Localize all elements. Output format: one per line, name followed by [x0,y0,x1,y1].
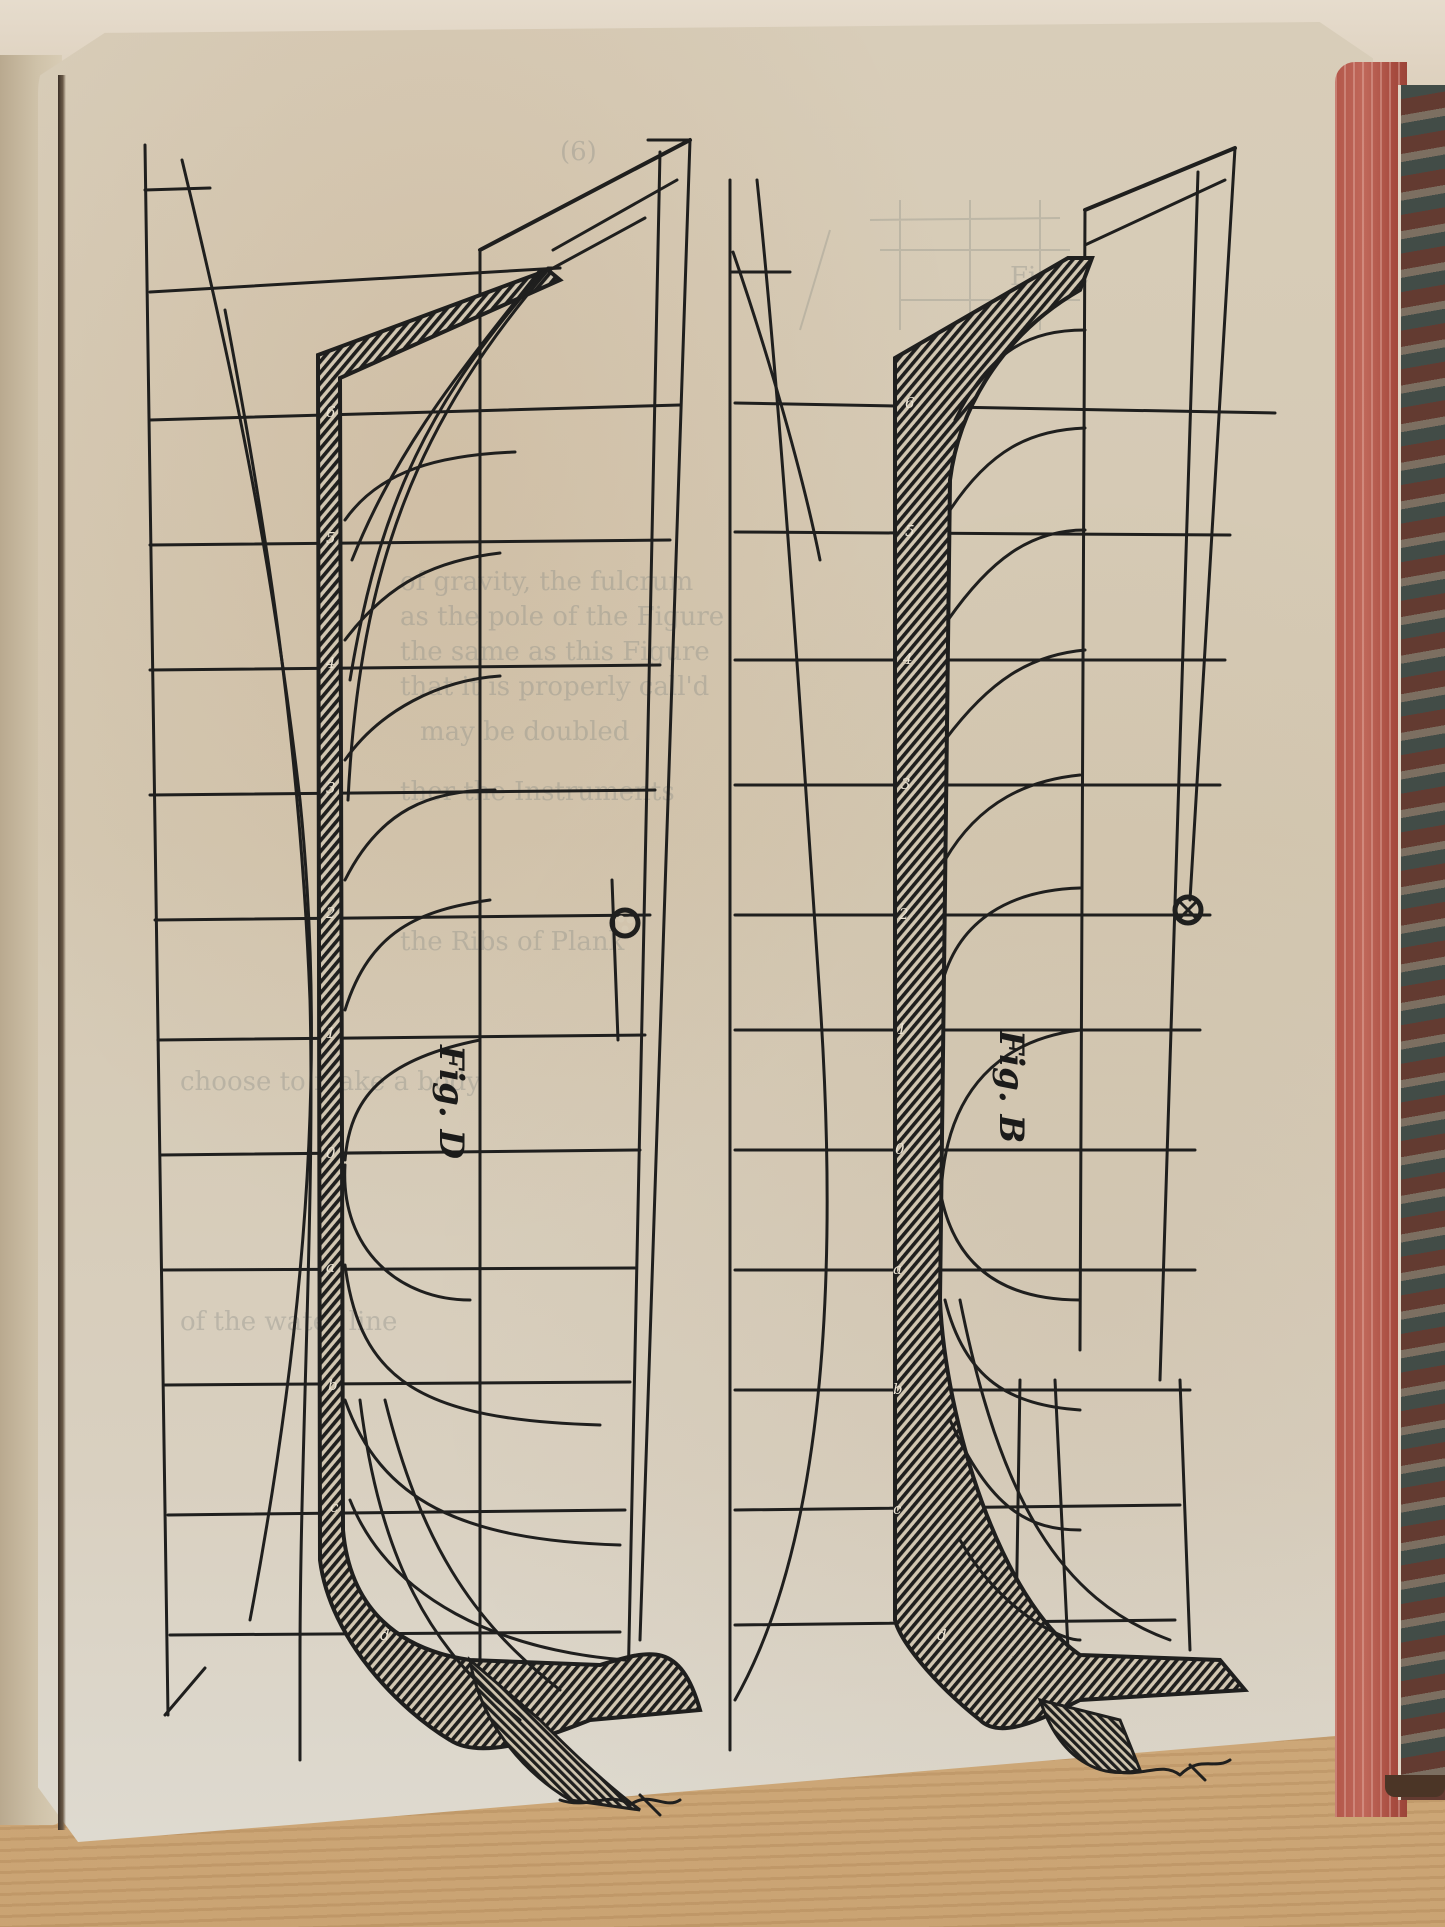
page-artwork: (6) of gravity, the fulcrum as the pole … [0,0,1445,1927]
stem-letter: 0 [326,1144,336,1162]
faint-line: may be doubled [420,717,629,747]
stem-letter: 3 [901,775,911,793]
stem-letter: 5 [905,522,915,540]
figure-b-diagram: 6 5 4 3 2 1 0 a b c d Fig. B [730,148,1275,1780]
stem-letter: a [326,1258,335,1276]
figure-b-stem [895,258,1245,1728]
stem-letter: a [893,1260,902,1278]
figure-d-label: Fig. D [431,1044,471,1160]
stem-letter: c [893,1500,902,1518]
bleed-through-text: (6) of gravity, the fulcrum as the pole … [180,137,1089,1337]
figure-b-grid [730,148,1275,1750]
faint-page-number: (6) [560,137,597,167]
stem-letter: 1 [897,1020,907,1038]
faint-line: the same as this Figure [400,637,710,667]
stem-letter: 5 [326,529,336,547]
rosette-ornament-icon [1175,897,1201,923]
figure-b-label: Fig. B [991,1029,1031,1143]
stem-letter: d [937,1626,947,1644]
figure-b-frame-arcs [942,330,1170,1640]
stem-letter: 2 [325,904,336,922]
stem-letter: d [380,1626,390,1644]
faint-line: of gravity, the fulcrum [400,567,693,597]
stem-letter: 4 [902,650,913,668]
stem-letter: b [328,1376,338,1394]
stem-letter: 1 [326,1024,336,1042]
figure-b-keel-foot [1040,1700,1140,1772]
stem-letter: b [893,1380,903,1398]
stem-letter: 3 [326,779,336,797]
stem-letter: 2 [898,905,909,923]
stem-letter: c [330,1498,339,1516]
figure-d-diagram: 6 5 4 3 2 1 0 a b c d Fig. D [145,140,700,1815]
stem-letter: 6 [326,403,336,421]
stem-letter: 0 [895,1140,905,1158]
figure-d-frame-arcs [345,270,625,1720]
faint-line: the Ribs of Plank [400,927,625,957]
stem-letter: 4 [325,654,336,672]
stem-letter: 6 [905,394,915,412]
